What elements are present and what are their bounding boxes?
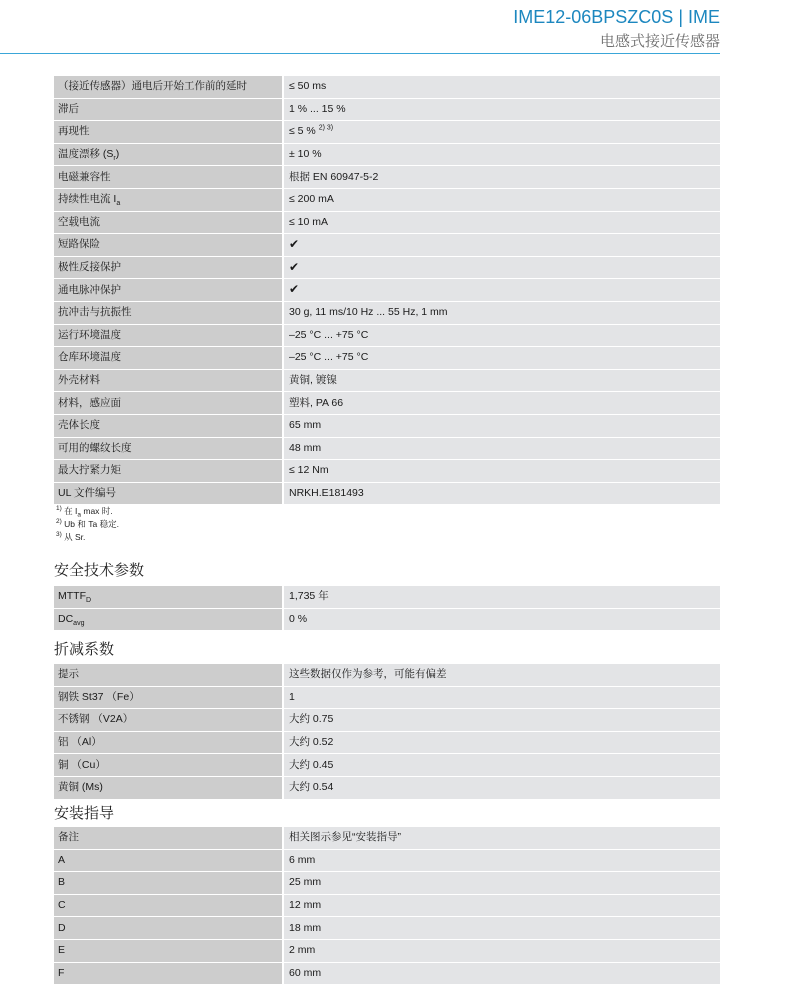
table-row: 再现性 ≤ 5 % 2) 3) [54, 121, 720, 144]
table-row: 最大拧紧力矩 ≤ 12 Nm [54, 460, 720, 483]
table-row: 黄铜 (Ms) 大约 0.54 [54, 776, 720, 799]
table-row: B 25 mm [54, 872, 720, 895]
spec-value: –25 °C ... +75 °C [283, 324, 720, 347]
spec-value: NRKH.E181493 [283, 482, 720, 505]
footnote: 3) 从 Sr. [56, 531, 119, 544]
footnote-text: 从 Sr. [64, 532, 85, 542]
section-heading-installation: 安装指导 [54, 802, 114, 823]
footnote: 1) 在 Ia max 时. [56, 505, 119, 518]
spec-label: DCavg [54, 608, 283, 631]
footnote-mark: 1) [56, 505, 62, 512]
spec-label: 备注 [54, 827, 283, 849]
table-row: 铜 （Cu） 大约 0.45 [54, 754, 720, 777]
spec-value: 相关图示参见“安装指导” [283, 827, 720, 849]
spec-label: 再现性 [54, 121, 283, 144]
spec-value: 0 % [283, 608, 720, 631]
spec-value: 黄铜, 镀镍 [283, 369, 720, 392]
table-row: 短路保险 ✔ [54, 234, 720, 257]
spec-label: 极性反接保护 [54, 256, 283, 279]
footnote-mark: 2) [56, 518, 62, 525]
table-row: 材料，感应面 塑料, PA 66 [54, 392, 720, 415]
spec-label: 通电脉冲保护 [54, 279, 283, 302]
table-row: 钢铁 St37 （Fe） 1 [54, 686, 720, 709]
spec-value: 60 mm [283, 962, 720, 985]
spec-label: 铝 （Al） [54, 731, 283, 754]
table-row: 持续性电流 Ia ≤ 200 mA [54, 188, 720, 211]
spec-label: 铜 （Cu） [54, 754, 283, 777]
spec-label: F [54, 962, 283, 985]
product-title: IME12-06BPSZC0S | IME [513, 7, 720, 28]
spec-label: 外壳材料 [54, 369, 283, 392]
section-heading-safety: 安全技术参数 [54, 559, 144, 580]
spec-value: 大约 0.75 [283, 709, 720, 732]
spec-value: 大约 0.54 [283, 776, 720, 799]
specs-section: （接近传感器）通电后开始工作前的延时 ≤ 50 ms 滞后 1 % ... 15… [54, 76, 720, 505]
spec-label: 提示 [54, 664, 283, 686]
spec-label: 仓库环境温度 [54, 347, 283, 370]
spec-label: （接近传感器）通电后开始工作前的延时 [54, 76, 283, 98]
product-subtitle: 电感式接近传感器 [600, 30, 720, 51]
spec-value: 根据 EN 60947-5-2 [283, 166, 720, 189]
spec-value: ≤ 5 % 2) 3) [283, 121, 720, 144]
spec-label: 不锈钢 （V2A） [54, 709, 283, 732]
subscript: a [116, 200, 120, 207]
spec-value: ✔ [283, 256, 720, 279]
spec-value: 这些数据仅作为参考，可能有偏差 [283, 664, 720, 686]
spec-value: ± 10 % [283, 143, 720, 166]
spec-label: 持续性电流 Ia [54, 188, 283, 211]
spec-label-text: DC [58, 613, 73, 625]
spec-label: 材料，感应面 [54, 392, 283, 415]
spec-value: 12 mm [283, 894, 720, 917]
table-row: 运行环境温度 –25 °C ... +75 °C [54, 324, 720, 347]
spec-label: 黄铜 (Ms) [54, 776, 283, 799]
spec-label: 空载电流 [54, 211, 283, 234]
spec-label: MTTFD [54, 586, 283, 608]
spec-value: ≤ 200 mA [283, 188, 720, 211]
spec-value: ✔ [283, 279, 720, 302]
spec-value: ≤ 10 mA [283, 211, 720, 234]
safety-section: MTTFD 1,735 年 DCavg 0 % [54, 586, 720, 631]
spec-label-text: 温度漂移 (S [58, 148, 113, 160]
table-row: 滞后 1 % ... 15 % [54, 98, 720, 121]
subscript: avg [73, 620, 84, 627]
footnote-ref: 2) 3) [319, 125, 333, 132]
table-row: 极性反接保护 ✔ [54, 256, 720, 279]
spec-value: 25 mm [283, 872, 720, 895]
spec-value: 65 mm [283, 414, 720, 437]
spec-value: 30 g, 11 ms/10 Hz ... 55 Hz, 1 mm [283, 301, 720, 324]
page-header: IME12-06BPSZC0S | IME 电感式接近传感器 [0, 0, 720, 54]
table-row: DCavg 0 % [54, 608, 720, 631]
footnote-mark: 3) [56, 531, 62, 538]
spec-value: 48 mm [283, 437, 720, 460]
spec-label-tail: ) [116, 148, 120, 160]
spec-label: 壳体长度 [54, 414, 283, 437]
spec-label: A [54, 849, 283, 872]
spec-label: UL 文件编号 [54, 482, 283, 505]
table-row: E 2 mm [54, 939, 720, 962]
subscript: D [86, 597, 91, 604]
spec-value: 1,735 年 [283, 586, 720, 608]
table-row: 铝 （Al） 大约 0.52 [54, 731, 720, 754]
spec-value: ≤ 12 Nm [283, 460, 720, 483]
installation-table: 备注 相关图示参见“安装指导” A 6 mm B 25 mm C 12 mm D… [54, 827, 720, 985]
spec-label: E [54, 939, 283, 962]
specs-table: （接近传感器）通电后开始工作前的延时 ≤ 50 ms 滞后 1 % ... 15… [54, 76, 720, 505]
reduction-table: 提示 这些数据仅作为参考，可能有偏差 钢铁 St37 （Fe） 1 不锈钢 （V… [54, 664, 720, 800]
table-row: 温度漂移 (Sr) ± 10 % [54, 143, 720, 166]
table-row: C 12 mm [54, 894, 720, 917]
table-row: 电磁兼容性 根据 EN 60947-5-2 [54, 166, 720, 189]
spec-value: ≤ 50 ms [283, 76, 720, 98]
table-row: UL 文件编号 NRKH.E181493 [54, 482, 720, 505]
footnotes: 1) 在 Ia max 时. 2) Ub 和 Ta 稳定. 3) 从 Sr. [56, 505, 119, 544]
table-row: （接近传感器）通电后开始工作前的延时 ≤ 50 ms [54, 76, 720, 98]
footnote-text: Ub 和 Ta 稳定. [64, 519, 119, 529]
table-row: 通电脉冲保护 ✔ [54, 279, 720, 302]
checkmark-icon: ✔ [289, 237, 299, 251]
table-row: 壳体长度 65 mm [54, 414, 720, 437]
spec-label: 短路保险 [54, 234, 283, 257]
spec-value: 1 [283, 686, 720, 709]
spec-label: C [54, 894, 283, 917]
spec-label: 最大拧紧力矩 [54, 460, 283, 483]
spec-value-text: ≤ 5 % [289, 125, 316, 137]
table-row: 外壳材料 黄铜, 镀镍 [54, 369, 720, 392]
footnote: 2) Ub 和 Ta 稳定. [56, 518, 119, 531]
spec-value: 塑料, PA 66 [283, 392, 720, 415]
checkmark-icon: ✔ [289, 282, 299, 296]
spec-label: 可用的螺纹长度 [54, 437, 283, 460]
spec-label-text: MTTF [58, 590, 86, 602]
installation-section: 备注 相关图示参见“安装指导” A 6 mm B 25 mm C 12 mm D… [54, 827, 720, 985]
spec-label: 滞后 [54, 98, 283, 121]
spec-label: 抗冲击与抗振性 [54, 301, 283, 324]
table-row: 提示 这些数据仅作为参考，可能有偏差 [54, 664, 720, 686]
section-heading-reduction: 折减系数 [54, 638, 114, 659]
table-row: 备注 相关图示参见“安装指导” [54, 827, 720, 849]
table-row: A 6 mm [54, 849, 720, 872]
spec-label: 钢铁 St37 （Fe） [54, 686, 283, 709]
spec-value: 大约 0.45 [283, 754, 720, 777]
table-row: 空载电流 ≤ 10 mA [54, 211, 720, 234]
reduction-section: 提示 这些数据仅作为参考，可能有偏差 钢铁 St37 （Fe） 1 不锈钢 （V… [54, 664, 720, 800]
spec-label: D [54, 917, 283, 940]
table-row: 不锈钢 （V2A） 大约 0.75 [54, 709, 720, 732]
spec-label: 温度漂移 (Sr) [54, 143, 283, 166]
spec-label: 运行环境温度 [54, 324, 283, 347]
safety-table: MTTFD 1,735 年 DCavg 0 % [54, 586, 720, 631]
spec-label: B [54, 872, 283, 895]
table-row: 可用的螺纹长度 48 mm [54, 437, 720, 460]
spec-value: 1 % ... 15 % [283, 98, 720, 121]
spec-value: 6 mm [283, 849, 720, 872]
table-row: 抗冲击与抗振性 30 g, 11 ms/10 Hz ... 55 Hz, 1 m… [54, 301, 720, 324]
table-row: 仓库环境温度 –25 °C ... +75 °C [54, 347, 720, 370]
footnote-text: 在 I [64, 506, 77, 516]
spec-label-text: 持续性电流 I [58, 193, 116, 205]
spec-value: 2 mm [283, 939, 720, 962]
spec-label: 电磁兼容性 [54, 166, 283, 189]
spec-value: 大约 0.52 [283, 731, 720, 754]
spec-value: –25 °C ... +75 °C [283, 347, 720, 370]
checkmark-icon: ✔ [289, 260, 299, 274]
table-row: F 60 mm [54, 962, 720, 985]
table-row: MTTFD 1,735 年 [54, 586, 720, 608]
spec-value: 18 mm [283, 917, 720, 940]
table-row: D 18 mm [54, 917, 720, 940]
footnote-text: max 时. [81, 506, 113, 516]
spec-value: ✔ [283, 234, 720, 257]
